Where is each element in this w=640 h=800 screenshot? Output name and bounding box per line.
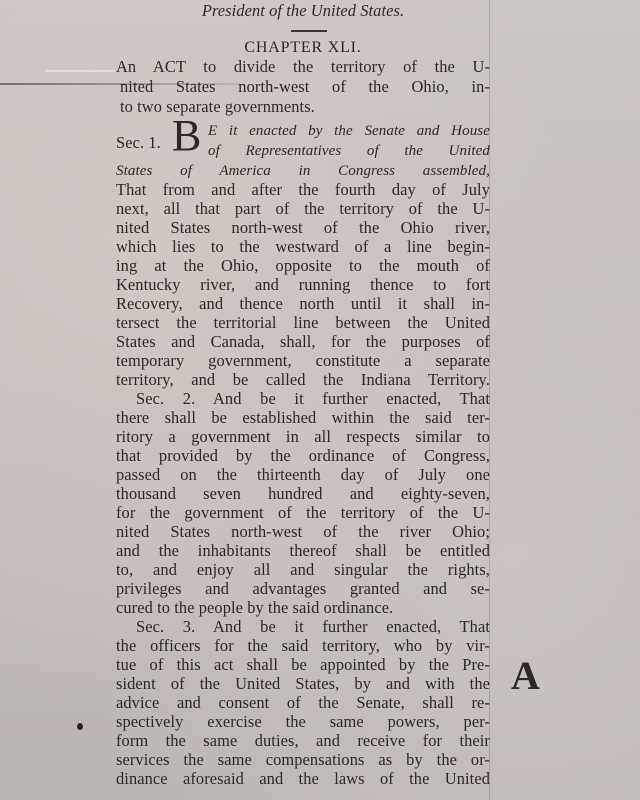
- sec1-line: next, all that part of the territory of …: [116, 200, 490, 218]
- sec1-line: which lies to the westward of a line beg…: [116, 238, 490, 256]
- sec1-line: territory, and be called the Indiana Ter…: [116, 371, 490, 389]
- sec1-line: Kentucky river, and running thence to fo…: [116, 276, 490, 294]
- sec2-line: there shall be established within the sa…: [116, 409, 490, 427]
- sec1-line: nited States north-west of the Ohio rive…: [116, 219, 490, 237]
- sec3-line: Sec. 3. And be it further enacted, That: [136, 618, 490, 636]
- act-title-line: nited States north-west of the Ohio, in-: [120, 78, 490, 96]
- sec2-line: Sec. 2. And be it further enacted, That: [136, 390, 490, 408]
- sec1-line: That from and after the fourth day of Ju…: [116, 181, 490, 199]
- sec1-dropcap: B: [172, 114, 201, 158]
- sec3-line: dinance aforesaid and the laws of the Un…: [116, 770, 490, 788]
- president-signature: President of the United States.: [116, 2, 490, 20]
- act-title-line: to two separate governments.: [120, 98, 315, 116]
- section-rule: [291, 30, 327, 32]
- sec3-line: the officers for the said territory, who…: [116, 637, 490, 655]
- sec1-line: States of America in Congress assembled,: [116, 162, 490, 180]
- paper-fold-highlight: [45, 70, 115, 72]
- notice-dropcap: A: [511, 656, 540, 696]
- sec3-line: form the same duties, and receive for th…: [116, 732, 490, 750]
- sec3-line: tue of this act shall be appointed by th…: [116, 656, 490, 674]
- sec2-line: cured to the people by the said ordinanc…: [116, 599, 393, 617]
- chapter-title: CHAPTER XLI.: [116, 39, 490, 57]
- sec1-line: E it enacted by the Senate and House: [208, 122, 490, 140]
- ink-spot: [77, 723, 83, 730]
- act-title-line: An ACT to divide the territory of the U-: [116, 58, 490, 76]
- sec1-line: Recovery, and thence north until it shal…: [116, 295, 490, 313]
- column-divider: [489, 0, 490, 800]
- sec2-line: that provided by the ordinance of Congre…: [116, 447, 490, 465]
- sec2-line: to, and enjoy all and singular the right…: [116, 561, 490, 579]
- sec2-line: thousand seven hundred and eighty-seven,: [116, 485, 490, 503]
- sec2-line: passed on the thirteenth day of July one: [116, 466, 490, 484]
- sec2-line: and the inhabitants thereof shall be ent…: [116, 542, 490, 560]
- sec1-line: of Representatives of the United: [208, 142, 490, 160]
- sec1-label: Sec. 1.: [116, 134, 161, 152]
- sec3-line: sident of the United States, by and with…: [116, 675, 490, 693]
- sec3-line: spectively exercise the same powers, per…: [116, 713, 490, 731]
- sec3-line: services the same compensations as by th…: [116, 751, 490, 769]
- sec2-line: privileges and advantages granted and se…: [116, 580, 490, 598]
- sec1-line: ing at the Ohio, opposite to the mouth o…: [116, 257, 490, 275]
- sec3-line: advice and consent of the Senate, shall …: [116, 694, 490, 712]
- sec2-line: nited States north-west of the river Ohi…: [116, 523, 490, 541]
- sec2-line: ritory a government in all respects simi…: [116, 428, 490, 446]
- sec2-line: for the government of the territory of t…: [116, 504, 490, 522]
- sec1-line: States and Canada, shall, for the purpos…: [116, 333, 490, 351]
- sec1-line: temporary government, constitute a separ…: [116, 352, 490, 370]
- sec1-line: tersect the territorial line between the…: [116, 314, 490, 332]
